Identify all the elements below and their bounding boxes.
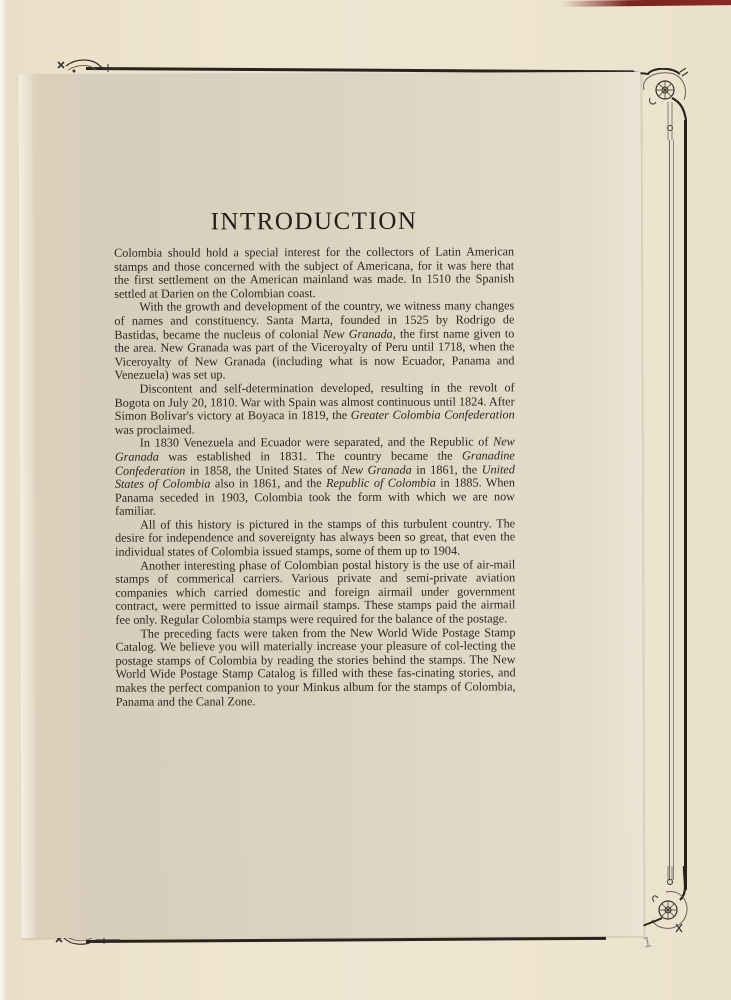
paragraph: With the growth and development of the c… — [114, 300, 514, 383]
paragraph: Discontent and self-determination develo… — [115, 381, 515, 437]
paragraph: Another interesting phase of Colombian p… — [115, 558, 515, 627]
paragraph: The preceding facts were taken from the … — [115, 626, 515, 709]
frame-right-inner-rule — [669, 140, 670, 880]
frame-right-rule — [684, 120, 687, 890]
introduction-sheet: INTRODUCTION Colombia should hold a spec… — [18, 72, 643, 938]
corner-rosette-bottom-right-icon — [636, 866, 696, 938]
paragraph: All of this history is pictured in the s… — [115, 517, 515, 559]
paragraph: In 1830 Venezuela and Ecuador were separ… — [115, 436, 515, 519]
paragraph: Colombia should hold a special interest … — [114, 245, 514, 301]
body-text: Colombia should hold a special interest … — [114, 245, 516, 709]
frame-right-inner-rule-2 — [673, 140, 674, 880]
introduction-content: INTRODUCTION Colombia should hold a spec… — [114, 207, 516, 709]
page-title: INTRODUCTION — [114, 207, 514, 236]
sheet-edge-highlight — [18, 74, 35, 938]
